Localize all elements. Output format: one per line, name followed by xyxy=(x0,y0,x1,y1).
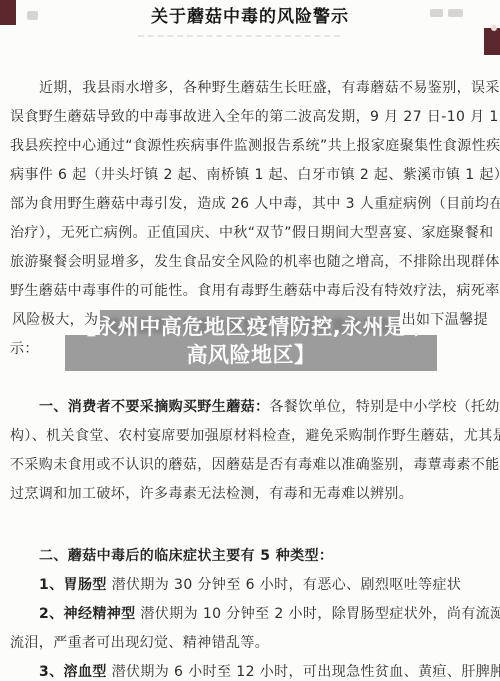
body-line: 二、蘑菇中毒后的临床症状主要有 5 种类型： xyxy=(10,542,490,571)
body-line: 一、消费者不要采摘购买野生蘑菇：各餐饮单位，特别是中小学校（托幼机 xyxy=(10,393,490,422)
body-line: 我县疾控中心通过“食源性疾病事件监测报告系统”共上报家庭聚集性食源性疾 xyxy=(10,132,490,161)
body-line: 旅游聚餐会明显增多，发生食品安全风险的机率也随之增高，不排除出现群体性 xyxy=(10,248,490,277)
body-line: 过烹调和加工破坏，许多毒素无法检测，有毒和无毒难以辨别。 xyxy=(10,480,490,509)
obscured-line-left-fragment: 风险极大，为 xyxy=(10,306,100,335)
body-line-obscured: 风险极大，为 出如下温馨提 xyxy=(10,306,490,335)
scan-mark-top-right xyxy=(484,28,500,55)
body-line: 近期，我县雨水增多，各种野生蘑菇生长旺盛，有毒蘑菇不易鉴别，误采 xyxy=(10,74,490,103)
body-line: 治疗），无死亡病例。正值国庆、中秋“双节”假日期间大型喜宴、家庭聚餐和 xyxy=(10,219,490,248)
paragraph-gap xyxy=(10,509,490,542)
overlay-caption-line2: 高风险地区】 xyxy=(65,341,437,369)
faint-dashed-underline xyxy=(138,35,340,37)
document-title: 关于蘑菇中毒的风险警示 xyxy=(0,2,500,32)
document-body: 近期，我县雨水增多，各种野生蘑菇生长旺盛，有毒蘑菇不易鉴别，误采 误食野生蘑菇导… xyxy=(10,74,490,681)
body-line: 2、神经精神型 潜伏期为 10 分钟至 2 小时，除胃肠型症状外，尚有流涎、 xyxy=(10,600,490,629)
body-line: 流泪，严重者可出现幻觉、精神错乱等。 xyxy=(10,629,490,658)
body-line: 3、溶血型 潜伏期为 6 小时至 12 小时，可出现急性贫血、黄疸、肝脾肿大、 xyxy=(10,658,490,681)
body-line: 野生蘑菇中毒事件的可能性。食用有毒野生蘑菇中毒后没有特效疗法，病死率高 xyxy=(10,277,490,306)
body-line: 不采购未食用或不认识的蘑菇，因蘑菇是否有毒难以准确鉴别，毒蕈毒素不能通 xyxy=(10,451,490,480)
body-line: 病事件 6 起（井头圩镇 2 起、南桥镇 1 起、白牙市镇 2 起、紫溪市镇 1… xyxy=(10,161,490,190)
body-line: 1、胃肠型 潜伏期为 30 分钟至 6 小时，有恶心、剧烈呕吐等症状 xyxy=(10,571,490,600)
body-line: 构）、机关食堂、农村宴席要加强原材料检查，避免采购制作野生蘑菇，尤其是 xyxy=(10,422,490,451)
body-line: 部为食用野生蘑菇中毒引发，造成 26 人中毒，其中 3 人重症病例（目前均在 I… xyxy=(10,190,490,219)
body-line: 误食野生蘑菇导致的中毒事故进入全年的第二波高发期，9 月 27 日-10 月 1… xyxy=(10,103,490,132)
obscured-line-right-fragment: 出如下温馨提 xyxy=(400,306,490,335)
